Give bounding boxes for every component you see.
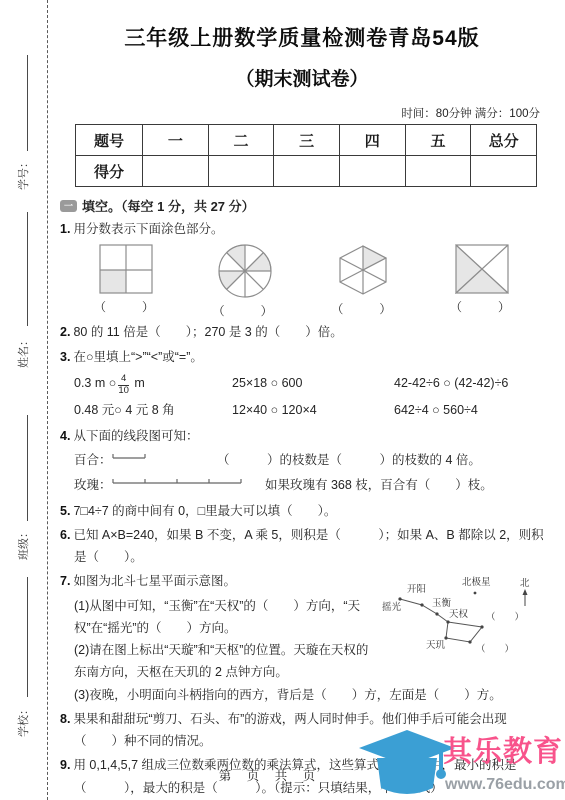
fraction-shapes-row: （ ） （ ）	[94, 244, 514, 319]
polaris-label: 北极星	[462, 576, 491, 588]
seal-label-school: 学校：	[15, 704, 31, 737]
question-text: 7□4÷7 的商中间有 0，□里最大可以填（ ）。	[73, 504, 336, 518]
square-diagonals-figure	[455, 244, 509, 294]
big-dipper-diagram: 北极星 北 开阳 摇光 玉衡 天权 天玑 （ ） （ ）	[382, 572, 544, 664]
answer-blank: （ ）	[331, 300, 395, 317]
question-number: 5.	[60, 504, 70, 518]
score-header-cell: 三	[274, 125, 340, 156]
yaoguang-label: 摇光	[382, 601, 402, 613]
kaiyang-label: 开阳	[407, 584, 426, 595]
rose-segment-row: 玫瑰： 如果玫瑰有 368 枝，百合有（ ）枝。	[74, 474, 544, 498]
rose-line-segment	[112, 477, 242, 487]
fraction-denominator: 10	[118, 386, 129, 397]
watermark-brand-text: 其乐教育	[443, 729, 563, 770]
comparison-item: 42-42÷6 ○ (42-42)÷6	[394, 370, 544, 397]
score-empty-cell	[274, 156, 340, 187]
lily-line-segment	[112, 452, 146, 462]
paper-body: 三年级上册数学质量检测卷青岛54版 （期末测试卷） 时间：80分钟 满分：100…	[60, 0, 544, 800]
section-1-title: 填空。（每空 1 分，共 27 分）	[82, 196, 255, 215]
dipper-bowl-line	[446, 622, 482, 642]
star-dot	[398, 598, 401, 601]
comparison-item: 12×40 ○ 120×4	[232, 397, 394, 423]
question-text: 80 的 11 倍是（ ）；270 是 3 的（ ）倍。	[73, 325, 342, 339]
question-number: 3.	[60, 350, 70, 364]
exam-time-score-info: 时间：80分钟 满分：100分	[60, 105, 540, 121]
paper-subtitle: （期末测试卷）	[60, 64, 544, 91]
shape-square-quarters: （ ）	[94, 244, 158, 319]
score-header-cell: 一	[143, 125, 209, 156]
score-header-cell: 总分	[471, 125, 537, 156]
shape-hexagon-sixths: （ ）	[331, 244, 395, 319]
star-dot	[435, 613, 438, 616]
square-quarters-figure	[99, 244, 153, 294]
lily-question-text: （ ）的枝数是（ ）的枝数的 4 倍。	[217, 453, 481, 467]
compare-circle: ○	[109, 376, 117, 390]
question-number: 7.	[60, 574, 70, 588]
polaris-star	[474, 592, 477, 595]
score-empty-cell	[405, 156, 471, 187]
score-row-label: 得分	[76, 156, 143, 187]
score-header-cell: 四	[339, 125, 405, 156]
answer-blank: （ ）	[213, 302, 277, 319]
section-1-heading: 一 填空。（每空 1 分，共 27 分）	[60, 196, 544, 215]
question-text: 如图为北斗七星平面示意图。	[73, 574, 236, 588]
compare-left: 0.3 m	[74, 376, 105, 390]
seal-write-line	[27, 577, 28, 697]
question-number: 2.	[60, 325, 70, 339]
compare-right: m	[134, 376, 144, 390]
fraction-numerator: 4	[118, 374, 129, 386]
yuheng-label: 玉衡	[432, 597, 452, 609]
seal-label-class: 班级：	[15, 527, 31, 560]
seal-write-line	[27, 212, 28, 326]
question-2: 2.80 的 11 倍是（ ）；270 是 3 的（ ）倍。	[60, 321, 544, 343]
score-empty-cell	[339, 156, 405, 187]
rose-question-text: 如果玫瑰有 368 枝，百合有（ ）枝。	[265, 478, 493, 492]
shape-square-diagonals: （ ）	[450, 244, 514, 319]
tianji-label: 天玑	[426, 640, 446, 651]
seal-label-student-no: 学号：	[15, 157, 31, 190]
tianquan-label: 天权	[449, 608, 469, 620]
question-3: 3.在○里填上“>”“<”或“=”。	[60, 346, 544, 368]
comparison-items-grid: 0.3 m ○410 m 25×18 ○ 600 42-42÷6 ○ (42-4…	[74, 370, 544, 423]
paper-title: 三年级上册数学质量检测卷青岛54版	[60, 22, 544, 52]
rose-label: 玫瑰：	[74, 478, 112, 492]
blank-star-bottom: （ ）	[476, 644, 514, 655]
question-7-block: 北极星 北 开阳 摇光 玉衡 天权 天玑 （ ） （ ） 7.如图为北斗	[60, 570, 544, 706]
question-text: 已知 A×B=240，如果 B 不变，A 乘 5，则积是（ ）；如果 A、B 都…	[73, 528, 543, 564]
score-table-score-row: 得分	[76, 156, 537, 187]
comparison-item: 642÷4 ○ 560÷4	[394, 397, 544, 423]
seal-dashed-divider	[47, 0, 48, 800]
north-arrow-head	[523, 589, 528, 595]
circle-eighths-figure	[217, 244, 273, 298]
seal-write-line	[27, 415, 28, 521]
lily-segment-row: 百合： （ ）的枝数是（ ）的枝数的 4 倍。	[74, 449, 544, 473]
hexagon-sixths-figure	[334, 244, 392, 296]
answer-blank: （ ）	[450, 298, 514, 315]
score-empty-cell	[208, 156, 274, 187]
comparison-item: 0.3 m ○410 m	[74, 370, 232, 397]
score-empty-cell	[143, 156, 209, 187]
watermark-url-text: www.76edu.com	[445, 776, 565, 794]
comparison-item: 25×18 ○ 600	[232, 370, 394, 397]
question-6: 6.已知 A×B=240，如果 B 不变，A 乘 5，则积是（ ）；如果 A、B…	[60, 524, 544, 569]
answer-blank: （ ）	[94, 298, 158, 315]
section-number-badge: 一	[60, 200, 77, 212]
question-text: 从下面的线段图可知：	[73, 429, 198, 443]
question-number: 4.	[60, 429, 70, 443]
lily-label: 百合：	[74, 453, 112, 467]
question-text: 用分数表示下面涂色部分。	[73, 222, 223, 236]
question-number: 8.	[60, 712, 70, 726]
score-header-cell: 二	[208, 125, 274, 156]
fraction-4-10: 410	[118, 374, 129, 397]
graduation-cap-icon	[359, 730, 455, 796]
shape-circle-eighths: （ ）	[213, 244, 277, 319]
star-dot	[420, 604, 423, 607]
score-table: 题号 一 二 三 四 五 总分 得分	[75, 124, 537, 187]
question-4: 4.从下面的线段图可知：	[60, 425, 544, 447]
seal-label-name: 姓名：	[15, 335, 31, 368]
question-number: 6.	[60, 528, 70, 542]
score-empty-cell	[471, 156, 537, 187]
star-dot	[480, 626, 483, 629]
question-7-sub3: (3)夜晚，小明面向斗柄指向的西方，背后是（ ）方，左面是（ ）方。	[60, 684, 544, 706]
score-header-cell: 五	[405, 125, 471, 156]
seal-write-line	[27, 55, 28, 151]
question-number: 1.	[60, 222, 70, 236]
score-header-cell: 题号	[76, 125, 143, 156]
question-5: 5.7□4÷7 的商中间有 0，□里最大可以填（ ）。	[60, 500, 544, 522]
score-table-header-row: 题号 一 二 三 四 五 总分	[76, 125, 537, 156]
star-dot	[446, 621, 449, 624]
star-dot	[468, 641, 471, 644]
site-watermark: 其乐教育 www.76edu.com	[359, 718, 565, 800]
north-label: 北	[520, 577, 530, 589]
comparison-item: 0.48 元○ 4 元 8 角	[74, 397, 232, 423]
blank-star-top: （ ）	[486, 612, 524, 623]
question-1: 1.用分数表示下面涂色部分。	[60, 218, 544, 240]
question-text: 在○里填上“>”“<”或“=”。	[73, 350, 202, 364]
